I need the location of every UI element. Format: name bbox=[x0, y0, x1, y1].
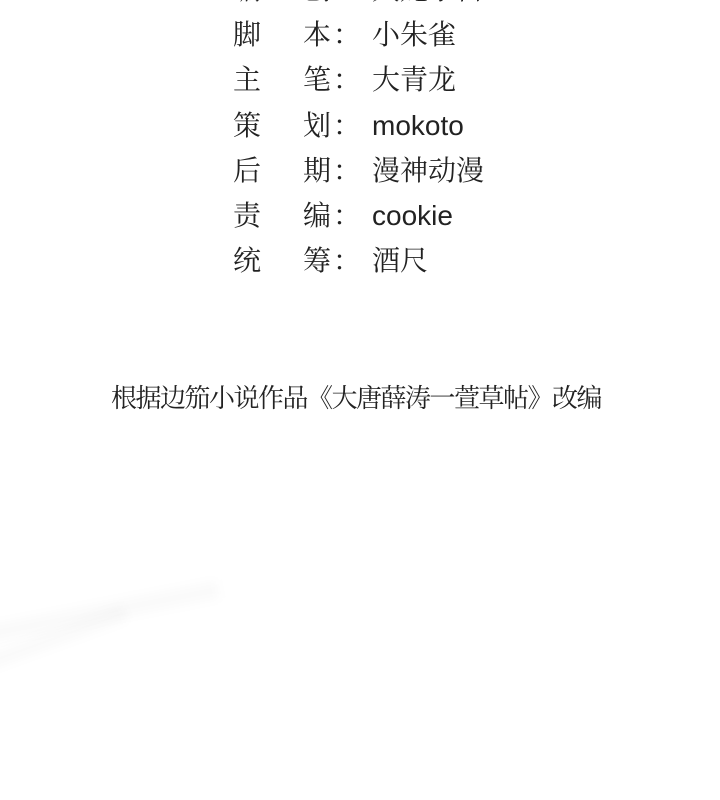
credit-label-char2: 划 bbox=[303, 112, 331, 140]
credit-label-char1: 主 bbox=[233, 66, 261, 94]
credit-colon: ： bbox=[333, 66, 359, 94]
credit-label-char2: 笔 bbox=[303, 66, 331, 94]
credit-label-char1: 责 bbox=[233, 202, 261, 230]
credit-row-editor: 责 编 ： cookie bbox=[233, 193, 484, 238]
credit-value: 大龙小营 bbox=[372, 0, 484, 4]
credit-label-char1: 后 bbox=[233, 157, 261, 185]
adaptation-note: 根据边笳小说作品《大唐薛涛一萱草帖》改编 bbox=[0, 383, 716, 413]
credit-colon: ： bbox=[333, 21, 359, 49]
credit-label-char1: 策 bbox=[233, 112, 261, 140]
credit-label-char1: 统 bbox=[233, 247, 261, 275]
credit-label: 编 创 bbox=[233, 0, 331, 4]
credit-label: 统 筹 bbox=[233, 247, 331, 275]
credit-colon: ： bbox=[333, 0, 359, 4]
credit-label-char1: 脚 bbox=[233, 21, 261, 49]
credit-label-char2: 筹 bbox=[303, 247, 331, 275]
credit-colon: ： bbox=[333, 202, 359, 230]
credit-value: cookie bbox=[372, 202, 453, 230]
credit-value: 小朱雀 bbox=[372, 21, 456, 49]
credit-label-char2: 期 bbox=[303, 157, 331, 185]
credit-colon: ： bbox=[333, 157, 359, 185]
credit-label-char1: 编 bbox=[233, 0, 261, 4]
credit-value: 漫神动漫 bbox=[372, 157, 484, 185]
credits-block: 编 创 ： 大龙小营 脚 本 ： 小朱雀 主 笔 ： 大青龙 策 划 ： mok… bbox=[233, 0, 484, 284]
credit-label: 脚 本 bbox=[233, 21, 331, 49]
credit-colon: ： bbox=[333, 112, 359, 140]
credit-colon: ： bbox=[333, 247, 359, 275]
credit-value: mokoto bbox=[372, 112, 464, 140]
credit-label: 策 划 bbox=[233, 112, 331, 140]
comic-credits-page: { "page": { "background": "#ffffff", "te… bbox=[0, 0, 720, 800]
credit-value: 酒尺 bbox=[372, 247, 428, 275]
credit-row-post-production: 后 期 ： 漫神动漫 bbox=[233, 148, 484, 193]
credit-label: 主 笔 bbox=[233, 66, 331, 94]
credit-label-char2: 编 bbox=[303, 202, 331, 230]
faint-diagonal-smudge bbox=[0, 605, 128, 675]
faint-diagonal-smudge bbox=[0, 581, 220, 644]
credit-label-char2: 本 bbox=[303, 21, 331, 49]
credit-row-planning: 策 划 ： mokoto bbox=[233, 103, 484, 148]
credit-label-char2: 创 bbox=[303, 0, 331, 4]
credit-label: 后 期 bbox=[233, 157, 331, 185]
credit-row-chief-creator: 编 创 ： 大龙小营 bbox=[233, 0, 484, 12]
credit-value: 大青龙 bbox=[372, 66, 456, 94]
credit-row-script: 脚 本 ： 小朱雀 bbox=[233, 12, 484, 57]
credit-row-lead-artist: 主 笔 ： 大青龙 bbox=[233, 58, 484, 103]
credit-label: 责 编 bbox=[233, 202, 331, 230]
credit-row-coordinator: 统 筹 ： 酒尺 bbox=[233, 239, 484, 284]
